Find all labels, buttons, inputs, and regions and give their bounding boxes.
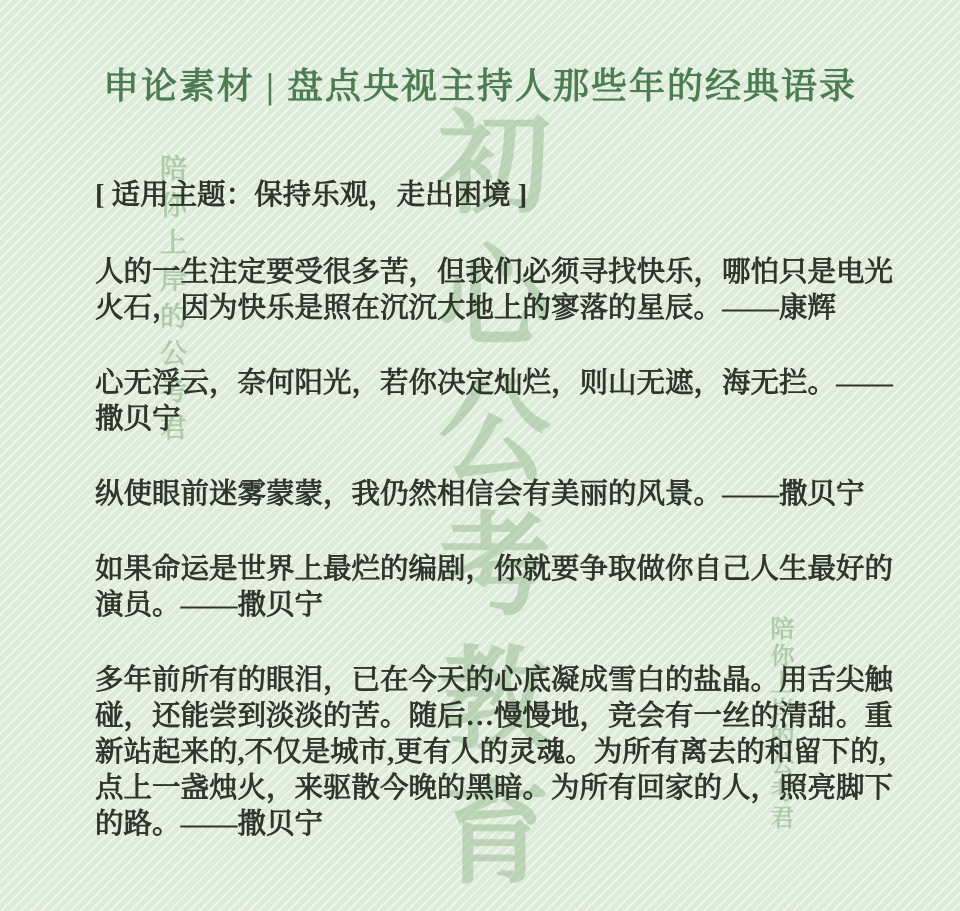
text-line: 如果命运是世界上最烂的编剧，你就要争取做你自己人生最好的 [95,552,895,588]
text-line: 心无浮云，奈何阳光，若你决定灿烂，则山无遮，海无拦。—— [95,366,895,402]
quote-paragraph-sabeining-1: 心无浮云，奈何阳光，若你决定灿烂，则山无遮，海无拦。—— 撒贝宁 [95,366,895,438]
quote-paragraph-sabeining-2: 纵使眼前迷雾蒙蒙，我仍然相信会有美丽的风景。——撒贝宁 [95,477,895,513]
text-line: 火石，因为快乐是照在沉沉大地上的寥落的星辰。——康辉 [95,291,895,327]
quote-paragraph-kanghui: 人的一生注定要受很多苦，但我们必须寻找快乐，哪怕只是电光 火石，因为快乐是照在沉… [95,255,895,327]
text-line: 新站起来的,不仅是城市,更有人的灵魂。为所有离去的和留下的, [95,735,895,771]
text-line: 演员。——撒贝宁 [95,588,895,624]
text-line: 点上一盏烛火，来驱散今晚的黑暗。为所有回家的人，照亮脚下 [95,771,895,807]
article-body: [ 适用主题：保持乐观，走出困境 ] 人的一生注定要受很多苦，但我们必须寻找快乐… [95,178,895,843]
text-line: 多年前所有的眼泪，已在今天的心底凝成雪白的盐晶。用舌尖触 [95,663,895,699]
quote-paragraph-sabeining-3: 如果命运是世界上最烂的编剧，你就要争取做你自己人生最好的 演员。——撒贝宁 [95,552,895,624]
page-title: 申论素材 | 盘点央视主持人那些年的经典语录 [0,64,960,108]
text-line: 撒贝宁 [95,402,895,438]
text-line: 碰，还能尝到淡淡的苦。随后…慢慢地，竞会有一丝的清甜。重 [95,699,895,735]
topic-line: [ 适用主题：保持乐观，走出困境 ] [95,178,895,214]
article-page: 初心公考教育 陪你上岸的公考君 陪你上岸的公考君 申论素材 | 盘点央视主持人那… [0,0,960,911]
text-line: 纵使眼前迷雾蒙蒙，我仍然相信会有美丽的风景。——撒贝宁 [95,477,895,513]
text-line: 的路。——撒贝宁 [95,807,895,843]
text-line: 人的一生注定要受很多苦，但我们必须寻找快乐，哪怕只是电光 [95,255,895,291]
quote-paragraph-sabeining-4: 多年前所有的眼泪，已在今天的心底凝成雪白的盐晶。用舌尖触 碰，还能尝到淡淡的苦。… [95,663,895,843]
